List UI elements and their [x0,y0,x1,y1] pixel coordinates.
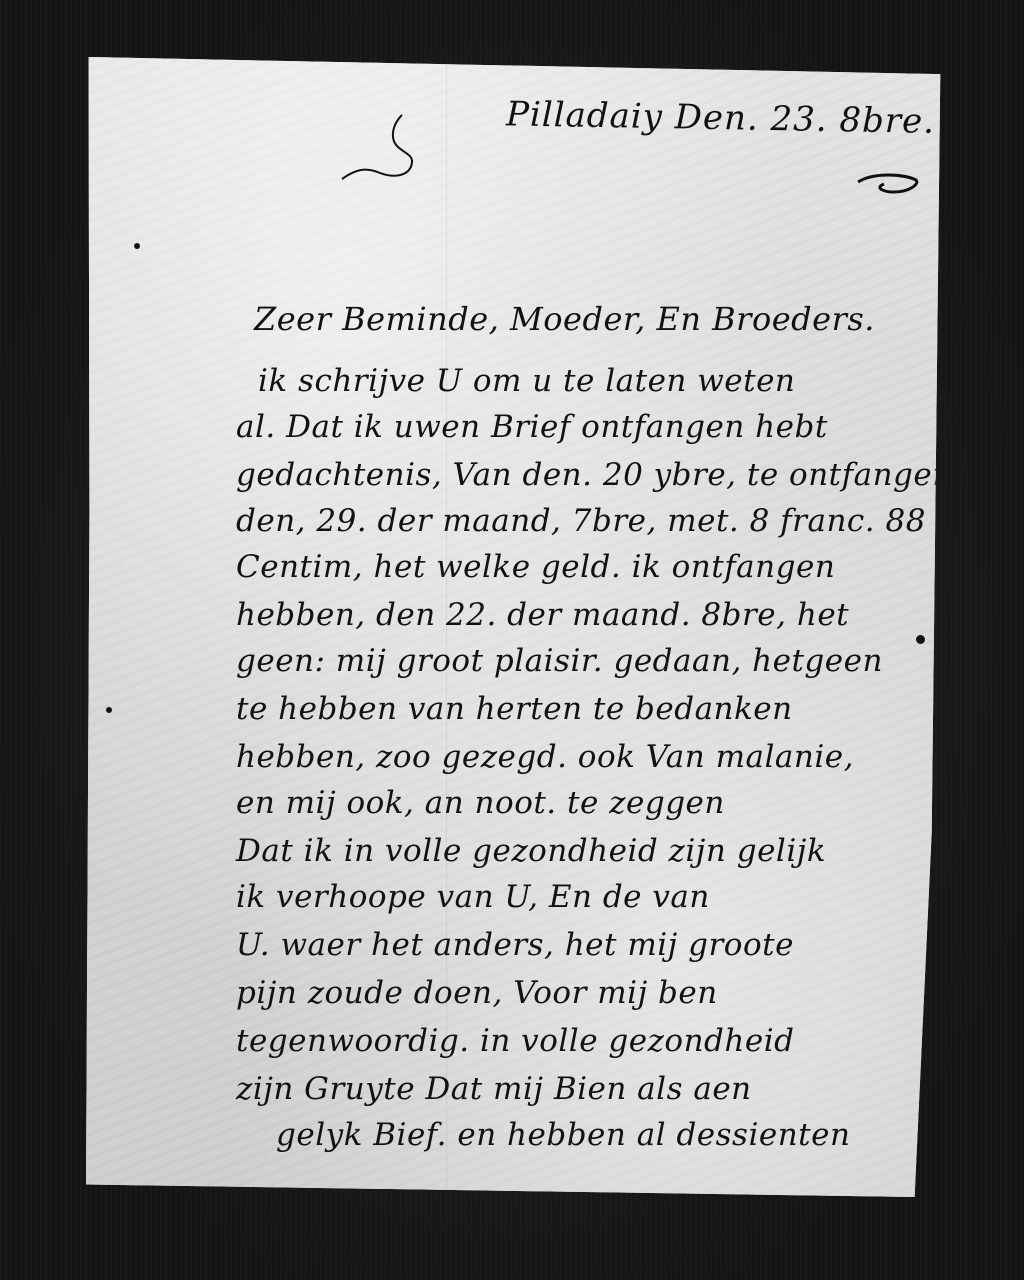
ink-spot [916,635,925,644]
body-line-5: Centim, het welke geld. ik ontfangen [236,549,835,585]
place-date-heading: Pilladaiy Den. 23. 8bre. 1808 [506,94,1024,143]
body-line-4: den, 29. der maand, 7bre, met. 8 franc. … [236,503,926,539]
pen-flourish-icon [336,107,426,187]
body-line-1: ik schrijve U om u te laten weten [258,363,795,399]
body-line-13: U. waer het anders, het mij groote [236,927,794,963]
body-line-2: al. Dat ik uwen Brief ontfangen hebt [236,409,828,445]
body-line-8: te hebben van herten te bedanken [236,691,793,727]
letter-page: Pilladaiy Den. 23. 8bre. 1808 Zeer Bemin… [86,57,942,1197]
salutation: Zeer Beminde, Moeder, En Broeders. [254,300,875,338]
body-line-11: Dat ik in volle gezondheid zijn gelijk [236,833,826,869]
body-line-7: geen: mij groot plaisir. gedaan, hetgeen [236,643,883,679]
ink-spot [134,243,140,249]
body-line-10: en mij ook, an noot. te zeggen [236,785,725,821]
body-line-6: hebben, den 22. der maand. 8bre, het [236,597,849,633]
body-line-9: hebben, zoo gezegd. ook Van malanie, [236,739,854,775]
body-line-15: tegenwoordig. in volle gezondheid [236,1023,794,1059]
body-line-14: pijn zoude doen, Voor mij ben [236,975,718,1011]
date-underline-flourish-icon [854,162,924,202]
body-line-12: ik verhoope van U, En de van [236,879,710,915]
body-line-16: zijn Gruyte Dat mij Bien als aen [236,1071,752,1107]
body-line-3: gedachtenis, Van den. 20 ybre, te ontfan… [236,457,953,493]
ink-spot [106,707,112,713]
body-line-17: gelyk Bief. en hebben al dessienten [276,1117,850,1153]
